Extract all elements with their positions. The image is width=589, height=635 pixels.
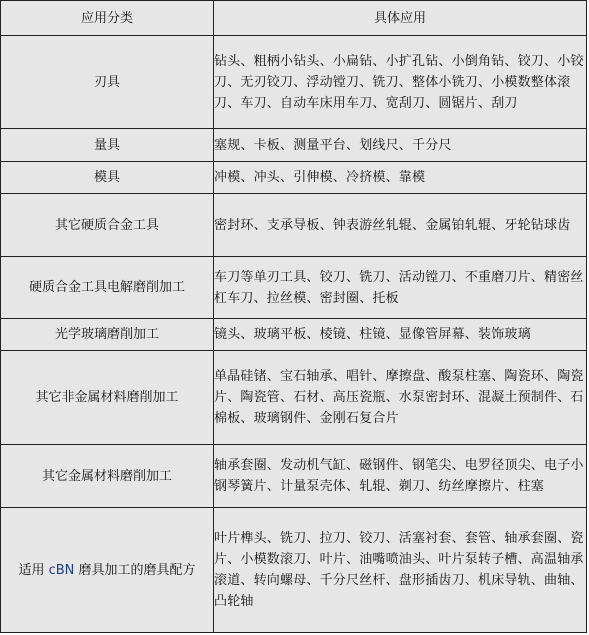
applications-cell: 钻头、粗柄小钻头、小扁钻、小扩孔钻、小倒角钻、铰刀、小铰刀、无刃铰刀、浮动镗刀、… (214, 36, 587, 129)
table-row: 其它非金属材料磨削加工 单晶硅锗、宝石轴承、唱针、摩擦盘、酸泵柱塞、陶瓷环、陶瓷… (1, 351, 587, 445)
header-row: 应用分类 具体应用 (1, 1, 587, 36)
category-cell: 光学玻璃磨削加工 (1, 319, 214, 351)
category-cell: 硬质合金工具电解磨削加工 (1, 257, 214, 319)
application-table: 应用分类 具体应用 刃具 钻头、粗柄小钻头、小扁钻、小扩孔钻、小倒角钻、铰刀、小… (0, 0, 587, 633)
category-cell: 模具 (1, 162, 214, 194)
category-cell: 量具 (1, 129, 214, 162)
cbn-highlight: cBN (49, 563, 75, 578)
applications-cell: 叶片榫头、铣刀、拉刀、铰刀、活塞衬套、套管、轴承套圈、瓷片、小模数滚刀、叶片、油… (214, 508, 587, 633)
category-cell: 刃具 (1, 36, 214, 129)
table-row: 适用 cBN 磨具加工的磨具配方 叶片榫头、铣刀、拉刀、铰刀、活塞衬套、套管、轴… (1, 508, 587, 633)
applications-cell: 镜头、玻璃平板、棱镜、柱镜、显像管屏幕、装饰玻璃 (214, 319, 587, 351)
header-applications: 具体应用 (214, 1, 587, 36)
applications-cell: 轴承套圈、发动机气缸、磁钢件、钢笔尖、电罗径顶尖、电子小钢琴簧片、计量泵壳体、轧… (214, 445, 587, 508)
applications-cell: 单晶硅锗、宝石轴承、唱针、摩擦盘、酸泵柱塞、陶瓷环、陶瓷片、陶瓷管、石材、高压瓷… (214, 351, 587, 445)
category-cell: 其它硬质合金工具 (1, 194, 214, 257)
applications-cell: 塞规、卡板、测量平台、划线尺、千分尺 (214, 129, 587, 162)
table-row: 量具 塞规、卡板、测量平台、划线尺、千分尺 (1, 129, 587, 162)
table-row: 刃具 钻头、粗柄小钻头、小扁钻、小扩孔钻、小倒角钻、铰刀、小铰刀、无刃铰刀、浮动… (1, 36, 587, 129)
applications-cell: 冲模、冲头、引伸模、冷挤模、靠模 (214, 162, 587, 194)
applications-cell: 密封环、支承导板、钟表游丝轧辊、金属铂轧辊、牙轮钻球齿 (214, 194, 587, 257)
category-cell: 其它金属材料磨削加工 (1, 445, 214, 508)
category-suffix: 磨具加工的磨具配方 (74, 563, 195, 578)
table-row: 光学玻璃磨削加工 镜头、玻璃平板、棱镜、柱镜、显像管屏幕、装饰玻璃 (1, 319, 587, 351)
applications-cell: 车刀等单刃工具、铰刀、铣刀、活动镗刀、不重磨刀片、精密丝杠车刀、拉丝模、密封圈、… (214, 257, 587, 319)
header-category: 应用分类 (1, 1, 214, 36)
table-row: 其它硬质合金工具 密封环、支承导板、钟表游丝轧辊、金属铂轧辊、牙轮钻球齿 (1, 194, 587, 257)
table-row: 其它金属材料磨削加工 轴承套圈、发动机气缸、磁钢件、钢笔尖、电罗径顶尖、电子小钢… (1, 445, 587, 508)
category-cell: 适用 cBN 磨具加工的磨具配方 (1, 508, 214, 633)
category-cell: 其它非金属材料磨削加工 (1, 351, 214, 445)
table-row: 模具 冲模、冲头、引伸模、冷挤模、靠模 (1, 162, 587, 194)
category-prefix: 适用 (18, 563, 48, 578)
table-row: 硬质合金工具电解磨削加工 车刀等单刃工具、铰刀、铣刀、活动镗刀、不重磨刀片、精密… (1, 257, 587, 319)
